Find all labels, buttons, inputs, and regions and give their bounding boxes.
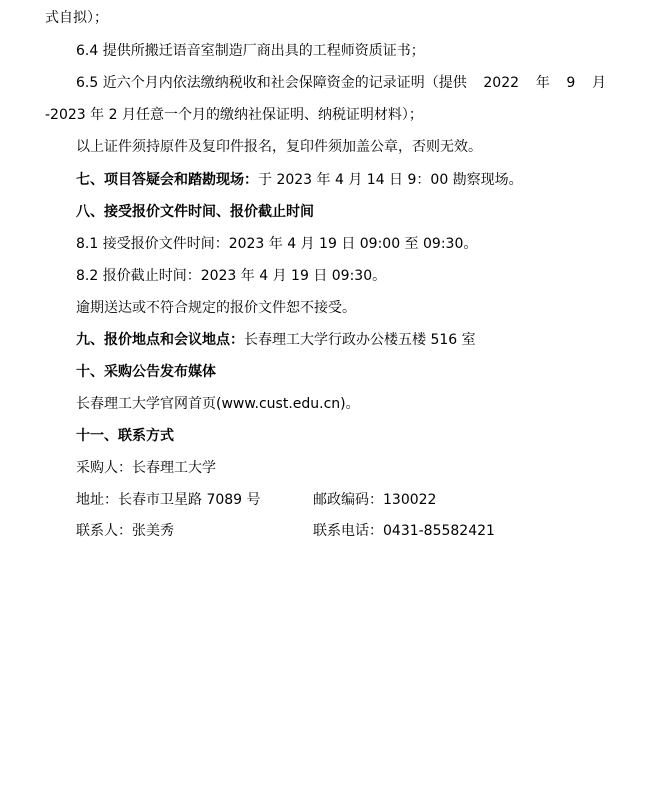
text-line: 6.5 近六个月内依法缴纳税收和社会保障资金的记录证明（提供 2022 年 9 … — [76, 74, 606, 92]
text-part: 9 — [566, 74, 575, 92]
purchaser-line: 采购人：长春理工大学 — [76, 459, 216, 477]
text-line: 逾期送达或不符合规定的报价文件恕不接受。 — [76, 299, 356, 317]
section-heading: 十、采购公告发布媒体 — [76, 363, 216, 381]
section-heading: 八、接受报价文件时间、报价截止时间 — [76, 203, 314, 221]
contact-line: 联系人：张美秀 联系电话：0431-85582421 — [76, 522, 606, 540]
postcode-text: 邮政编码：130022 — [313, 491, 436, 509]
text-part: 2022 — [483, 74, 519, 92]
section-heading: 十一、联系方式 — [76, 427, 174, 445]
text-line: -2023 年 2 月任意一个月的缴纳社保证明、纳税证明材料）； — [45, 106, 423, 124]
website-link-text: 长春理工大学官网首页(www.cust.edu.cn)。 — [76, 395, 360, 413]
text-line: 8.1 接受报价文件时间：2023 年 4 月 19 日 09:00 至 09:… — [76, 235, 477, 253]
address-text: 地址：长春市卫星路 7089 号 — [76, 492, 261, 508]
text-line: 6.4 提供所搬迁语音室制造厂商出具的工程师资质证书； — [76, 42, 425, 60]
phone-text: 联系电话：0431-85582421 — [313, 522, 495, 540]
address-line: 地址：长春市卫星路 7089 号 邮政编码：130022 — [76, 491, 606, 509]
section-text: 长春理工大学行政办公楼五楼 516 室 — [244, 332, 476, 348]
text-line: 8.2 报价截止时间：2023 年 4 月 19 日 09:30。 — [76, 267, 386, 285]
text-line: 式自拟）； — [45, 9, 108, 27]
text-line: 以上证件须持原件及复印件报名，复印件须加盖公章，否则无效。 — [76, 138, 482, 156]
text-part: 6.5 近六个月内依法缴纳税收和社会保障资金的记录证明（提供 — [76, 74, 467, 92]
text-part: 月 — [592, 74, 606, 92]
text-part: 年 — [536, 74, 550, 92]
contact-person-text: 联系人：张美秀 — [76, 523, 174, 539]
section-9: 九、报价地点和会议地点：长春理工大学行政办公楼五楼 516 室 — [76, 331, 476, 349]
section-heading: 九、报价地点和会议地点： — [76, 332, 244, 348]
section-7: 七、项目答疑会和踏勘现场：于 2023 年 4 月 14 日 9：00 勘察现场… — [76, 171, 523, 189]
section-heading: 七、项目答疑会和踏勘现场： — [76, 172, 258, 188]
section-text: 于 2023 年 4 月 14 日 9：00 勘察现场。 — [258, 172, 523, 188]
